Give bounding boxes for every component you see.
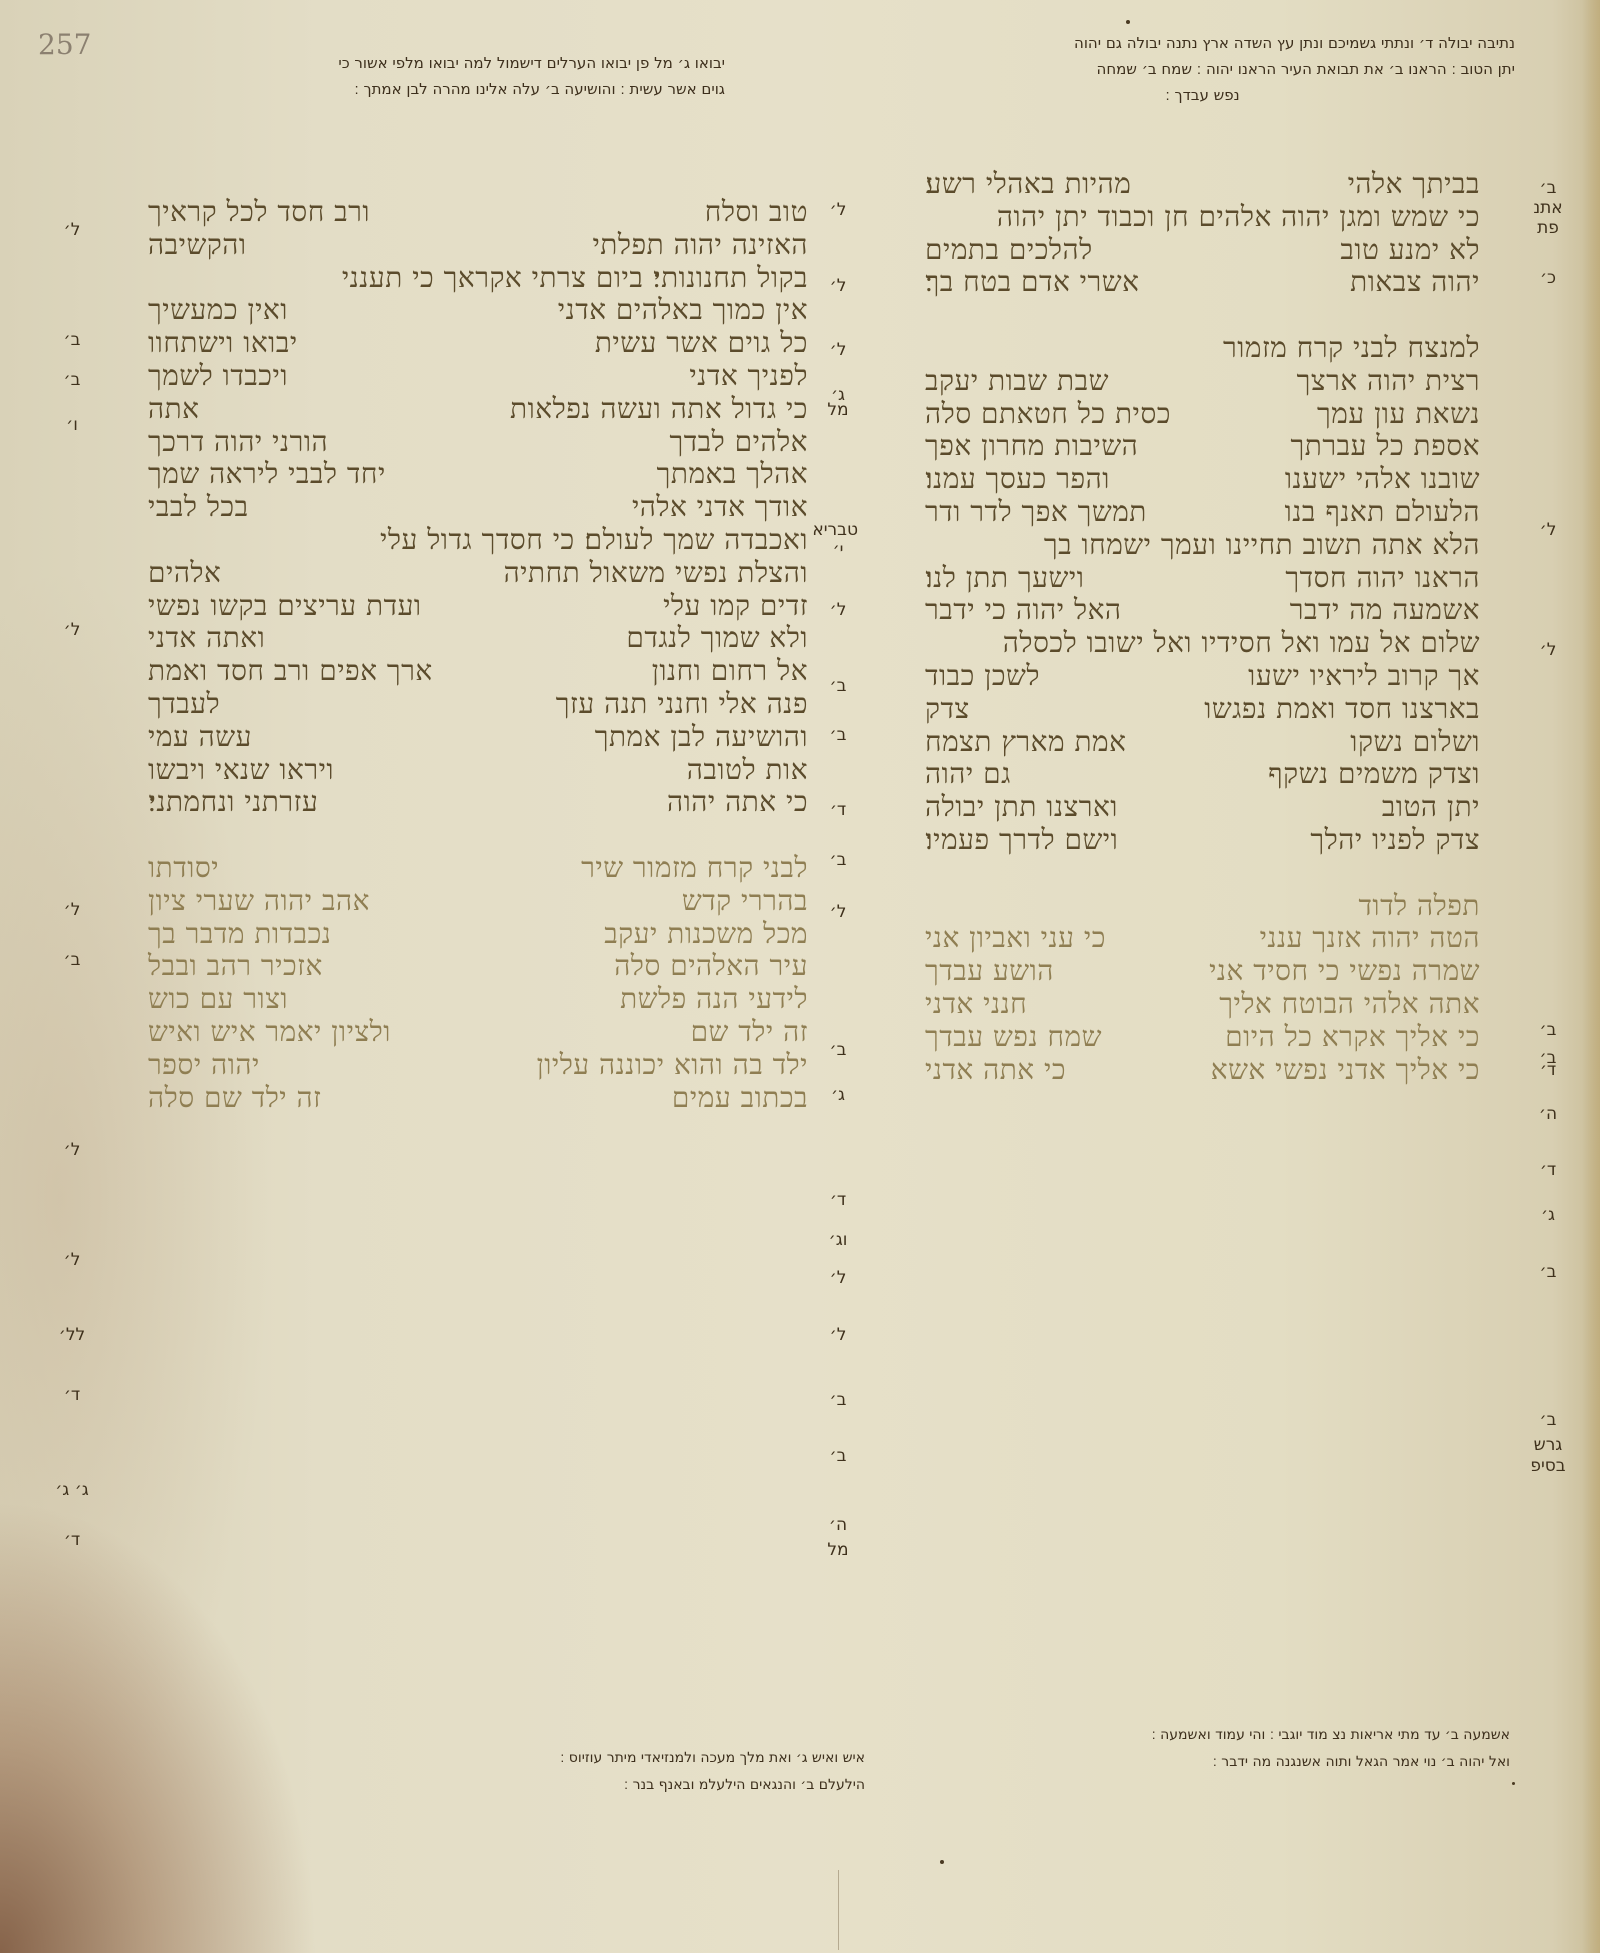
hemistich-first: בקול תחנונותי׃ ביום צרתי אקראך כי תענני xyxy=(342,262,808,295)
masora-parva-note: ל׳ xyxy=(818,1268,858,1288)
text-line: שמרה נפשי כי חסיד אניהושע עבדך xyxy=(925,955,1480,988)
hemistich-first: והצלת נפשי משאול תחתיה xyxy=(504,557,808,590)
text-line: והושיעה לבן אמתךעשה עמי xyxy=(148,721,808,754)
hemistich-first: כי אתה יהוה xyxy=(667,786,808,819)
hemistich-second: ולציון יאמר איש ואיש xyxy=(148,1016,391,1049)
text-line: אל רחום וחנוןארך אפים ורב חסד ואמת xyxy=(148,655,808,688)
masora-parva-note: ל׳ xyxy=(52,1140,92,1160)
masora-parva-note: בסיפ xyxy=(1528,1456,1568,1476)
hemistich-second: להלכים בתמים xyxy=(925,234,1093,267)
masora-parva-note: ה׳ xyxy=(818,1515,858,1535)
masora-magna-top-right: נתיבה יבולה ד׳ ונתתי גשמיכם ונתן עץ השדה… xyxy=(890,30,1515,108)
text-line: אין כמוך באלהים אדניואין כמעשיך xyxy=(148,294,808,327)
text-line: כי גדול אתה ועשה נפלאותאתה xyxy=(148,393,808,426)
hemistich-first: ולא שמוך לנגדם xyxy=(626,622,808,655)
text-column-left: טוב וסלחורב חסד לכל קראיךהאזינה יהוה תפל… xyxy=(148,196,808,1114)
text-line: וצדק משמים נשקףגם יהוה xyxy=(925,758,1480,791)
masora-line: ואל יהוה ב׳ נוי אמר הגאל ותוה אשנגנה מה … xyxy=(960,1749,1510,1776)
hemistich-first: אך קרוב ליראיו ישעו xyxy=(1248,660,1480,693)
hemistich-second: אלהים xyxy=(148,557,221,590)
text-line: טוב וסלחורב חסד לכל קראיך xyxy=(148,196,808,229)
masora-line: אשמעה ב׳ עד מתי אריאות נצ מוד יוגבי ׃ וה… xyxy=(960,1722,1510,1749)
hemistich-second: נכבדות מדבר בך xyxy=(148,918,331,951)
masora-parva-note: ב׳ xyxy=(818,1040,858,1060)
hemistich-second: יבואו וישתחוו xyxy=(148,327,298,360)
masora-parva-note: ב׳ xyxy=(818,850,858,870)
masora-parva-note: ב׳ xyxy=(1528,1262,1568,1282)
text-line: יתן הטובוארצנו תתן יבולה xyxy=(925,791,1480,824)
hemistich-first: הטה יהוה אזנך ענני xyxy=(1260,922,1480,955)
text-line: אתה אלהי הבוטח אליךחנני אדני xyxy=(925,988,1480,1021)
hemistich-first: ואכבדה שמך לעולם׃ כי חסדך גדול עלי xyxy=(380,524,808,557)
hemistich-first: אלהים לבדך xyxy=(669,426,808,459)
masora-parva-note: ל׳ xyxy=(818,276,858,296)
masora-parva-note: ד׳ xyxy=(818,800,858,820)
masora-parva-note: ל׳ xyxy=(52,1250,92,1270)
masora-line: יתן הטוב ׃ הראנו ב׳ את תבואת העיר הראנו … xyxy=(890,56,1515,82)
masora-parva-note: טבריא xyxy=(818,520,858,540)
masora-parva-note: י׳ xyxy=(818,540,858,560)
hemistich-second: אהב יהוה שערי ציון xyxy=(148,885,370,918)
hemistich-first: אין כמוך באלהים אדני xyxy=(558,294,808,327)
hemistich-second: האל יהוה כי ידבר xyxy=(925,594,1122,627)
masora-parva-note: ב׳ xyxy=(1528,1410,1568,1430)
hemistich-first: זה ילד שם xyxy=(691,1016,808,1049)
hemistich-first: ושלום נשקו xyxy=(1350,726,1480,759)
hemistich-second: צדק xyxy=(925,693,970,726)
hemistich-first: הלא אתה תשוב תחיינו ועמך ישמחו בך xyxy=(1044,529,1480,562)
text-line: הלא אתה תשוב תחיינו ועמך ישמחו בך xyxy=(925,529,1480,562)
hemistich-first: לבני קרח מזמור שיר xyxy=(581,852,808,885)
masora-parva-note: פת xyxy=(1528,218,1568,238)
hemistich-second: יסודתו xyxy=(148,852,219,885)
text-line xyxy=(925,299,1480,332)
text-line: אשמעה מה ידברהאל יהוה כי ידבר xyxy=(925,594,1480,627)
hemistich-first: זדים קמו עלי xyxy=(663,590,808,623)
text-line xyxy=(925,857,1480,890)
hemistich-first: אל רחום וחנון xyxy=(652,655,808,688)
hemistich-first: הלעולם תאנף בנו xyxy=(1285,496,1480,529)
masora-line: הילעלם ב׳ והנגאים הילעלמ ובאנף בנר ׃ xyxy=(305,1772,865,1799)
masora-parva-note: ד׳ xyxy=(818,1190,858,1210)
hemistich-second: והפר כעסך עמנו׃ xyxy=(925,463,1110,496)
text-line: לפניך אדניויכבדו לשמך xyxy=(148,360,808,393)
hemistich-second: כי אתה אדני xyxy=(925,1054,1066,1087)
hemistich-first: אשמעה מה ידבר xyxy=(1290,594,1480,627)
masora-parva-note: ל׳ xyxy=(1528,520,1568,540)
masora-line: יבואו ג׳ מל פן יבואו הערלים דישמול למה י… xyxy=(160,50,725,76)
hemistich-second: גם יהוה xyxy=(925,758,1011,791)
text-line: ילד בה והוא יכוננה עליוןיהוה יספר xyxy=(148,1049,808,1082)
hemistich-second: ויראו שנאי ויבשו xyxy=(148,754,334,787)
hemistich-second: עשה עמי xyxy=(148,721,252,754)
text-line: צדק לפניו יהלךוישם לדרך פעמיו׃ xyxy=(925,824,1480,857)
hemistich-first: תפלה לדוד xyxy=(1358,890,1480,923)
masora-parva-note: ל׳ xyxy=(818,1325,858,1345)
hemistich-first: יתן הטוב xyxy=(1382,791,1480,824)
masora-parva-note: ב׳ xyxy=(52,370,92,390)
masora-parva-note: ג׳ xyxy=(1528,1205,1568,1225)
text-line: כל גוים אשר עשיתיבואו וישתחוו xyxy=(148,327,808,360)
hemistich-first: כל גוים אשר עשית xyxy=(595,327,808,360)
text-line: לא ימנע טובלהלכים בתמים xyxy=(925,234,1480,267)
hemistich-first: בארצנו חסד ואמת נפגשו xyxy=(1204,693,1480,726)
hemistich-second: ורב חסד לכל קראיך xyxy=(148,196,370,229)
masora-line: איש ואיש ג׳ ואת מלך מעכה ולמנזיאדי מיתר … xyxy=(305,1745,865,1772)
text-line: אך קרוב ליראיו ישעולשכן כבוד xyxy=(925,660,1480,693)
masora-parva-note: ל׳ xyxy=(52,900,92,920)
masora-parva-note: ו׳ xyxy=(52,415,92,435)
text-line: כי אליך אקרא כל היוםשמח נפש עבדך xyxy=(925,1021,1480,1054)
hemistich-first: עיר האלהים סלה xyxy=(614,950,808,983)
hemistich-first: כי אליך אקרא כל היום xyxy=(1225,1021,1480,1054)
hemistich-second: כסית כל חטאתם סלה xyxy=(925,398,1171,431)
masora-parva-note: ב׳ xyxy=(818,725,858,745)
page-edge xyxy=(1582,0,1600,1953)
hemistich-second: הורני יהוה דרכך xyxy=(148,426,328,459)
masora-parva-note: ל׳ xyxy=(818,340,858,360)
hemistich-first: הראנו יהוה חסדך xyxy=(1285,562,1480,595)
text-line: אספת כל עברתךהשיבות מחרון אפך xyxy=(925,430,1480,463)
masora-parva-note: ב׳ xyxy=(818,1446,858,1466)
masora-magna-bottom-right: אשמעה ב׳ עד מתי אריאות נצ מוד יוגבי ׃ וה… xyxy=(960,1722,1510,1776)
text-line: האזינה יהוה תפלתיוהקשיבה xyxy=(148,229,808,262)
hemistich-first: אודך אדני אלהי xyxy=(632,491,808,524)
text-line: כי אליך אדני נפשי אשאכי אתה אדני xyxy=(925,1054,1480,1087)
hemistich-first: אספת כל עברתך xyxy=(1291,430,1480,463)
hemistich-first: טוב וסלח xyxy=(705,196,808,229)
ruling-line xyxy=(838,1870,839,1950)
text-line: בביתך אלהימהיות באהלי רשע׃ xyxy=(925,168,1480,201)
text-column-right: בביתך אלהימהיות באהלי רשע׃כי שמש ומגן יה… xyxy=(925,168,1480,1086)
hemistich-second: וצור עם כוש xyxy=(148,983,288,1016)
hemistich-first: נשאת עון עמך xyxy=(1317,398,1480,431)
hemistich-second: חנני אדני xyxy=(925,988,1027,1021)
masora-magna-top-left: יבואו ג׳ מל פן יבואו הערלים דישמול למה י… xyxy=(160,50,725,102)
hemistich-first: שמרה נפשי כי חסיד אני xyxy=(1209,955,1480,988)
text-line: מכל משכנות יעקבנכבדות מדבר בך xyxy=(148,918,808,951)
hemistich-first: אתה אלהי הבוטח אליך xyxy=(1219,988,1480,1021)
masora-parva-note: לל׳ xyxy=(52,1325,92,1345)
text-line: עיר האלהים סלהאזכיר רהב ובבל xyxy=(148,950,808,983)
hemistich-first: לידעי הנה פלשת xyxy=(620,983,808,1016)
text-line: ושלום נשקואמת מארץ תצמח xyxy=(925,726,1480,759)
hemistich-first: אות לטובה xyxy=(687,754,808,787)
masora-line: נפש עבדך ׃ xyxy=(890,82,1515,108)
hemistich-second: ואין כמעשיך xyxy=(148,294,288,327)
hemistich-first: כי גדול אתה ועשה נפלאות xyxy=(510,393,808,426)
masora-parva-note: ב׳ xyxy=(1528,178,1568,198)
masora-parva-note: ב׳ xyxy=(52,950,92,970)
hemistich-second: והקשיבה xyxy=(148,229,247,262)
hemistich-second: שמח נפש עבדך xyxy=(925,1021,1102,1054)
masora-parva-note: ב׳ xyxy=(818,676,858,696)
masora-parva-note: ב׳ xyxy=(52,330,92,350)
masora-parva-note: ד׳ xyxy=(1528,1060,1568,1080)
hemistich-first: שובנו אלהי ישענו xyxy=(1285,463,1480,496)
text-line: ולא שמוך לנגדםואתה אדני xyxy=(148,622,808,655)
masora-parva-note: ל׳ xyxy=(818,200,858,220)
masora-parva-note: ל׳ xyxy=(1528,640,1568,660)
hemistich-first: לפניך אדני xyxy=(689,360,808,393)
masora-parva-note: כ׳ xyxy=(1528,268,1568,288)
hemistich-second: זה ילד שם סלה xyxy=(148,1082,321,1115)
text-line: אות לטובהויראו שנאי ויבשו xyxy=(148,754,808,787)
hemistich-first: לא ימנע טוב xyxy=(1340,234,1480,267)
hemistich-second: ויכבדו לשמך xyxy=(148,360,288,393)
text-line: שלום אל עמו ואל חסידיו ואל ישובו לכסלה xyxy=(925,627,1480,660)
text-line: זה ילד שםולציון יאמר איש ואיש xyxy=(148,1016,808,1049)
ink-speck xyxy=(940,1860,944,1864)
text-line: זדים קמו עליועדת עריצים בקשו נפשי xyxy=(148,590,808,623)
hemistich-first: וצדק משמים נשקף xyxy=(1268,758,1480,791)
hemistich-second: ואתה אדני xyxy=(148,622,265,655)
masora-parva-note: וג׳ xyxy=(818,1230,858,1250)
masora-parva-note: ג׳ ג׳ xyxy=(52,1480,92,1500)
hemistich-first: בכתוב עמים xyxy=(672,1082,808,1115)
hemistich-second: הושע עבדך xyxy=(925,955,1054,988)
text-line: בהררי קדשאהב יהוה שערי ציון xyxy=(148,885,808,918)
hemistich-second: אשרי אדם בטח בך׃ xyxy=(925,266,1139,299)
text-line: אלהים לבדךהורני יהוה דרכך xyxy=(148,426,808,459)
text-line: פנה אלי וחנני תנה עזךלעבדך xyxy=(148,688,808,721)
hemistich-first: רצית יהוה ארצך xyxy=(1297,365,1480,398)
masora-parva-note: אתנ xyxy=(1528,198,1568,218)
hemistich-second: השיבות מחרון אפך xyxy=(925,430,1138,463)
masora-line: גוים אשר עשית ׃ והושיעה ב׳ עלה אלינו מהר… xyxy=(160,76,725,102)
masora-parva-note: ב׳ xyxy=(818,1390,858,1410)
hemistich-first: אהלך באמתך xyxy=(657,458,808,491)
ink-speck xyxy=(1126,20,1130,24)
hemistich-first: כי אליך אדני נפשי אשא xyxy=(1211,1054,1480,1087)
masora-line: נתיבה יבולה ד׳ ונתתי גשמיכם ונתן עץ השדה… xyxy=(890,30,1515,56)
text-line: שובנו אלהי ישענווהפר כעסך עמנו׃ xyxy=(925,463,1480,496)
text-line: אודך אדני אלהיבכל לבבי xyxy=(148,491,808,524)
masora-parva-note: ה׳ xyxy=(1528,1104,1568,1124)
masora-parva-note: ל׳ xyxy=(52,220,92,240)
hemistich-second: וישם לדרך פעמיו׃ xyxy=(925,824,1118,857)
text-line: תפלה לדוד xyxy=(925,890,1480,923)
text-line: כי שמש ומגן יהוה אלהים חן וכבוד יתן יהוה xyxy=(925,201,1480,234)
hemistich-second: תמשך אפך לדר ודר xyxy=(925,496,1147,529)
hemistich-first: שלום אל עמו ואל חסידיו ואל ישובו לכסלה xyxy=(1003,627,1480,660)
text-line: הלעולם תאנף בנותמשך אפך לדר ודר xyxy=(925,496,1480,529)
masora-parva-note: ג׳ xyxy=(818,1085,858,1105)
folio-number: 257 xyxy=(38,28,91,61)
masora-parva-note: ד׳ xyxy=(1528,1160,1568,1180)
hemistich-second: ארך אפים ורב חסד ואמת xyxy=(148,655,433,688)
masora-parva-note: ל׳ xyxy=(818,902,858,922)
hemistich-first: כי שמש ומגן יהוה אלהים חן וכבוד יתן יהוה xyxy=(997,201,1480,234)
hemistich-second: שבת שבות יעקב xyxy=(925,365,1109,398)
hemistich-first: והושיעה לבן אמתך xyxy=(595,721,808,754)
hemistich-second: ועדת עריצים בקשו נפשי xyxy=(148,590,422,623)
hemistich-first: פנה אלי וחנני תנה עזך xyxy=(556,688,808,721)
hemistich-second: אמת מארץ תצמח xyxy=(925,726,1126,759)
ink-speck xyxy=(1512,1782,1515,1785)
text-line: הטה יהוה אזנך ענניכי עני ואביון אני xyxy=(925,922,1480,955)
text-line: לידעי הנה פלשתוצור עם כוש xyxy=(148,983,808,1016)
hemistich-second: וארצנו תתן יבולה xyxy=(925,791,1118,824)
text-line: ואכבדה שמך לעולם׃ כי חסדך גדול עלי xyxy=(148,524,808,557)
hemistich-first: ילד בה והוא יכוננה עליון xyxy=(537,1049,808,1082)
masora-parva-note: מל xyxy=(818,400,858,420)
hemistich-second: בכל לבבי xyxy=(148,491,249,524)
hemistich-second: מהיות באהלי רשע׃ xyxy=(925,168,1131,201)
hemistich-second: לשכן כבוד xyxy=(925,660,1040,693)
masora-parva-note: ב׳ xyxy=(1528,1020,1568,1040)
masora-parva-note: ד׳ xyxy=(52,1385,92,1405)
masora-parva-note: ל׳ xyxy=(818,600,858,620)
hemistich-second: לעבדך xyxy=(148,688,220,721)
text-line: הראנו יהוה חסדךוישעך תתן לנו׃ xyxy=(925,562,1480,595)
hemistich-first: בביתך אלהי xyxy=(1348,168,1480,201)
text-line: למנצח לבני קרח מזמור xyxy=(925,332,1480,365)
hemistich-first: למנצח לבני קרח מזמור xyxy=(1223,332,1480,365)
text-line: רצית יהוה ארצךשבת שבות יעקב xyxy=(925,365,1480,398)
text-line: יהוה צבאותאשרי אדם בטח בך׃ xyxy=(925,266,1480,299)
hemistich-second: יחד לבבי ליראה שמך xyxy=(148,458,386,491)
masora-magna-bottom-left: איש ואיש ג׳ ואת מלך מעכה ולמנזיאדי מיתר … xyxy=(305,1745,865,1799)
text-line: בכתוב עמיםזה ילד שם סלה xyxy=(148,1082,808,1115)
text-line xyxy=(148,819,808,852)
hemistich-first: יהוה צבאות xyxy=(1350,266,1480,299)
hemistich-second: וישעך תתן לנו׃ xyxy=(925,562,1084,595)
hemistich-first: מכל משכנות יעקב xyxy=(604,918,808,951)
text-line: לבני קרח מזמור שיריסודתו xyxy=(148,852,808,885)
hemistich-second: אתה xyxy=(148,393,199,426)
hemistich-first: בהררי קדש xyxy=(682,885,808,918)
hemistich-first: צדק לפניו יהלך xyxy=(1310,824,1480,857)
masora-parva-note: ד׳ xyxy=(52,1530,92,1550)
hemistich-second: אזכיר רהב ובבל xyxy=(148,950,323,983)
hemistich-second: יהוה יספר xyxy=(148,1049,260,1082)
hemistich-second: עזרתני ונחמתני׃ xyxy=(148,786,318,819)
text-line: אהלך באמתךיחד לבבי ליראה שמך xyxy=(148,458,808,491)
text-line: והצלת נפשי משאול תחתיהאלהים xyxy=(148,557,808,590)
text-line: נשאת עון עמךכסית כל חטאתם סלה xyxy=(925,398,1480,431)
hemistich-second: כי עני ואביון אני xyxy=(925,922,1106,955)
text-line: כי אתה יהוהעזרתני ונחמתני׃ xyxy=(148,786,808,819)
text-line: בארצנו חסד ואמת נפגשוצדק xyxy=(925,693,1480,726)
text-line: בקול תחנונותי׃ ביום צרתי אקראך כי תענני xyxy=(148,262,808,295)
masora-parva-note: מל xyxy=(818,1540,858,1560)
hemistich-first: האזינה יהוה תפלתי xyxy=(592,229,808,262)
masora-parva-note: ל׳ xyxy=(52,620,92,640)
masora-parva-note: גרש xyxy=(1528,1435,1568,1455)
